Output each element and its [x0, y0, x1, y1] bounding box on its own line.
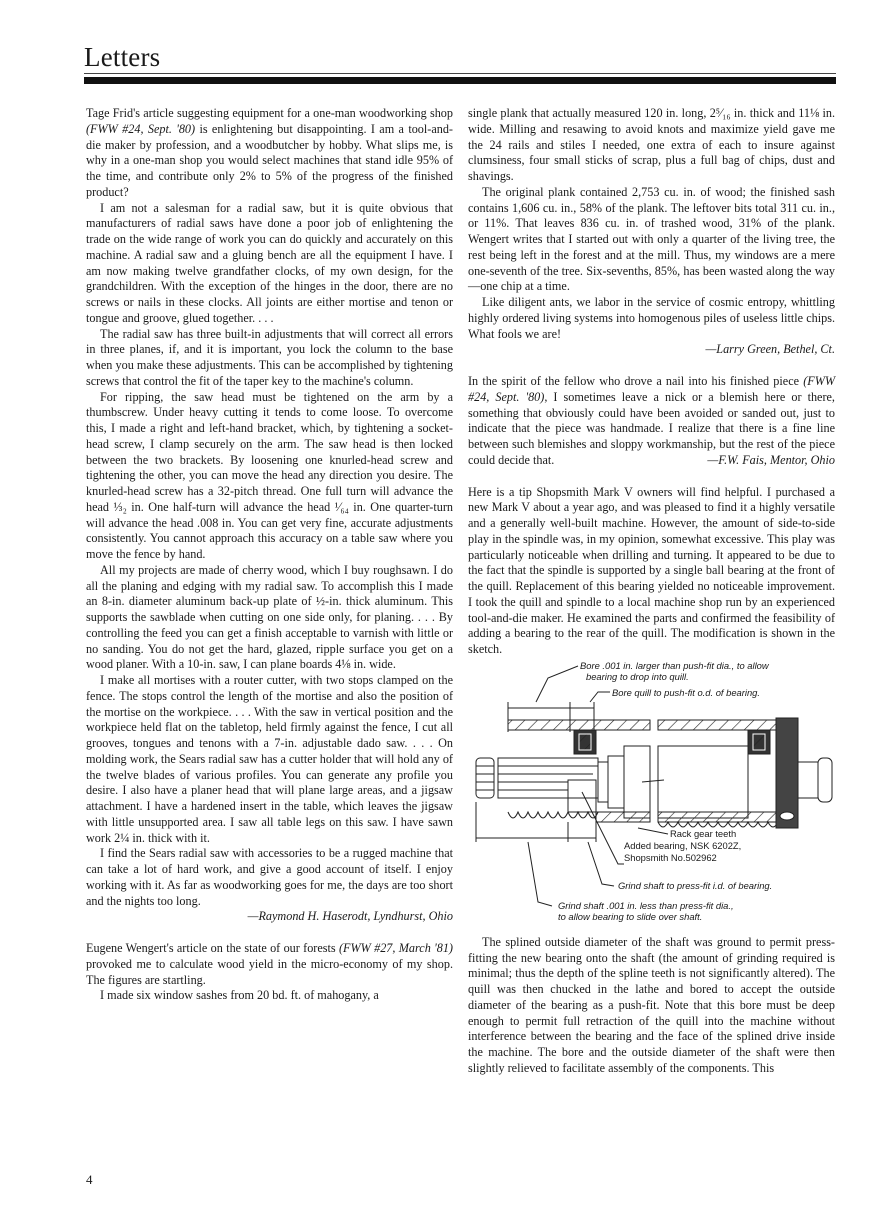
left-column: Tage Frid's article suggesting equipment…: [86, 106, 453, 1004]
letter-green-continued: single plank that actually measured 120 …: [468, 106, 835, 358]
letter-signature: —Raymond H. Haserodt, Lyndhurst, Ohio: [86, 909, 453, 925]
letter-separator: [86, 925, 453, 941]
page-header: Letters: [84, 42, 836, 72]
letter-paragraph: I find the Sears radial saw with accesso…: [86, 846, 453, 909]
caption-grind-001: Grind shaft .001 in. less than press-fit…: [558, 900, 734, 911]
letter-shopsmith: Here is a tip Shopsmith Mark V owners wi…: [468, 485, 835, 1077]
letter-paragraph: The original plank contained 2,753 cu. i…: [468, 185, 835, 295]
letter-paragraph: For ripping, the saw head must be tighte…: [86, 390, 453, 563]
letter-paragraph: single plank that actually measured 120 …: [468, 106, 835, 185]
letter-separator: [468, 358, 835, 374]
caption-rack-gear: Rack gear teeth: [670, 828, 736, 839]
letter-signature: —F.W. Fais, Mentor, Ohio: [707, 453, 835, 469]
right-column: single plank that actually measured 120 …: [468, 106, 835, 1077]
magazine-reference: (FWW #27, March '81): [339, 941, 453, 955]
caption-shopsmith-part: Shopsmith No.502962: [624, 852, 717, 863]
letter-separator: [468, 469, 835, 485]
letter-haserodt: Tage Frid's article suggesting equipment…: [86, 106, 453, 925]
letter-signature: —Larry Green, Bethel, Ct.: [468, 342, 835, 358]
caption-grind-press-fit: Grind shaft to press-fit i.d. of bearing…: [618, 880, 772, 891]
letter-green-start: Eugene Wengert's article on the state of…: [86, 941, 453, 1004]
section-title: Letters: [84, 42, 836, 72]
caption-bore-quill: Bore quill to push-fit o.d. of bearing.: [612, 687, 760, 698]
letter-paragraph: I am not a salesman for a radial saw, bu…: [86, 201, 453, 327]
header-rule-thick: [84, 77, 836, 84]
magazine-reference: (FWW #24, Sept. '80): [86, 122, 195, 136]
letter-paragraph: Tage Frid's article suggesting equipment…: [86, 106, 453, 201]
page-number: 4: [86, 1172, 93, 1188]
letter-paragraph: All my projects are made of cherry wood,…: [86, 563, 453, 673]
quill-bearing-sketch: Bore .001 in. larger than push-fit dia.,…: [468, 662, 835, 927]
letter-paragraph: In the spirit of the fellow who drove a …: [468, 374, 835, 469]
header-rule-thin: [84, 73, 836, 74]
letter-paragraph: I made six window sashes from 20 bd. ft.…: [86, 988, 453, 1004]
caption-grind-001-cont: to allow bearing to slide over shaft.: [558, 911, 702, 922]
letter-paragraph: Eugene Wengert's article on the state of…: [86, 941, 453, 988]
letter-paragraph: The radial saw has three built-in adjust…: [86, 327, 453, 390]
letter-paragraph: Here is a tip Shopsmith Mark V owners wi…: [468, 485, 835, 658]
letter-paragraph: The splined outside diameter of the shaf…: [468, 935, 835, 1077]
letter-paragraph: Like diligent ants, we labor in the serv…: [468, 295, 835, 342]
caption-added-bearing: Added bearing, NSK 6202Z,: [624, 840, 741, 851]
caption-bore-001-cont: bearing to drop into quill.: [586, 671, 689, 682]
letter-fais: In the spirit of the fellow who drove a …: [468, 374, 835, 469]
caption-bore-001: Bore .001 in. larger than push-fit dia.,…: [580, 660, 769, 671]
letter-paragraph: I make all mortises with a router cutter…: [86, 673, 453, 846]
